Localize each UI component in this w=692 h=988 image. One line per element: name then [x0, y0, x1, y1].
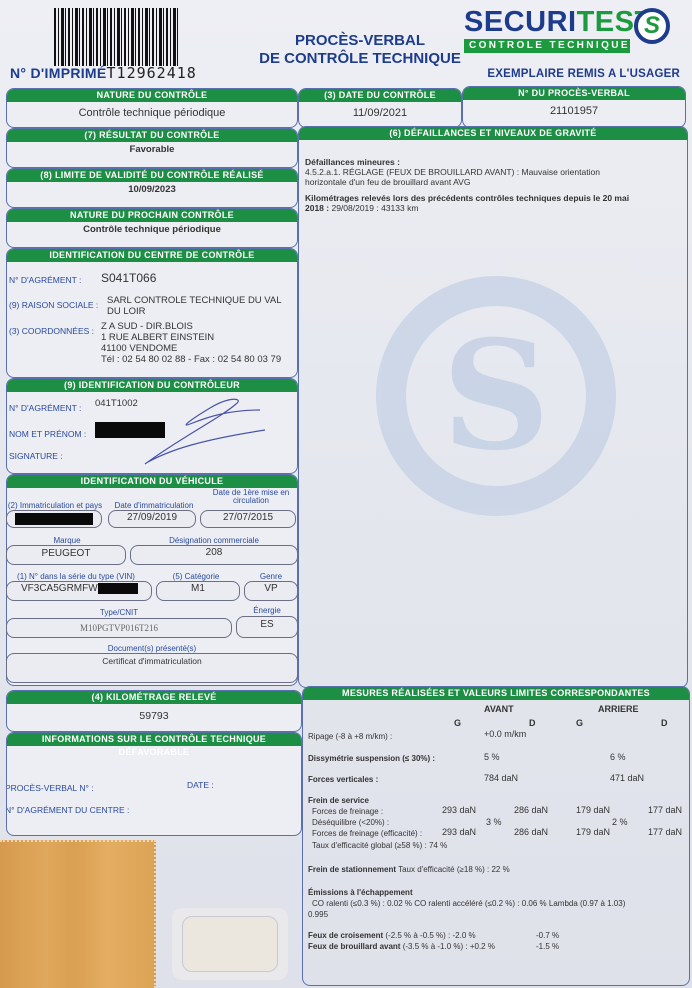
- forces-freinage-arg: 179 daN: [576, 805, 610, 815]
- defavorable-date-label: DATE :: [187, 780, 214, 790]
- mineures-line-2: horizontale d'un feu de brouillard avant…: [305, 177, 629, 187]
- emissions-title: Émissions à l'échappement: [308, 888, 413, 897]
- dissym-avant: 5 %: [484, 752, 500, 762]
- km-value: 29/08/2019 : 43133 km: [329, 203, 418, 213]
- date-controle-header: (3) DATE DU CONTRÔLE: [299, 89, 461, 102]
- barcode: [54, 8, 180, 66]
- forces-eff-avd: 286 daN: [514, 827, 548, 837]
- vin-value: VF3CA5GRMFW: [21, 583, 98, 594]
- num-pv-header: N° DU PROCÈS-VERBAL: [463, 87, 685, 100]
- brouillard-range: (-3.5 % à -1.0 %) : +0.2 %: [400, 942, 494, 951]
- centre-agrement-value: S041T066: [101, 271, 156, 285]
- emissions-line-1: CO ralenti (≤0.3 %) : 0.02 % CO ralenti …: [312, 899, 625, 908]
- forces-freinage-avg: 293 daN: [442, 805, 476, 815]
- mineures-title: Défaillances mineures :: [305, 157, 629, 167]
- categorie-value: M1: [156, 581, 240, 601]
- avant-d: D: [529, 718, 536, 728]
- forces-efficacite-label: Forces de freinage (efficacité) :: [312, 829, 422, 838]
- desequilibre-arriere: 2 %: [612, 817, 628, 827]
- date-controle-box: (3) DATE DU CONTRÔLE 11/09/2021: [298, 88, 462, 128]
- forces-eff-arg: 179 daN: [576, 827, 610, 837]
- coord-value: Z A SUD - DIR.BLOIS 1 RUE ALBERT EINSTEI…: [101, 321, 281, 365]
- frein-stationnement: Frein de stationnement Taux d'efficacité…: [308, 865, 510, 874]
- vehicule-header: IDENTIFICATION DU VÉHICULE: [7, 475, 297, 488]
- centre-agrement-label: N° D'AGRÉMENT :: [9, 275, 81, 285]
- wood-table-background: [0, 840, 156, 988]
- forces-verticales-avant: 784 daN: [484, 773, 518, 783]
- croisement-d: -0.7 %: [536, 931, 559, 940]
- genre-label: Genre: [244, 572, 298, 581]
- forces-eff-avg: 293 daN: [442, 827, 476, 837]
- card-window: [172, 908, 288, 980]
- num-pv-value: 21101957: [463, 105, 685, 117]
- arriere-d: D: [661, 718, 668, 728]
- prochain-header: NATURE DU PROCHAIN CONTRÔLE: [7, 209, 297, 222]
- prochain-controle-box: NATURE DU PROCHAIN CONTRÔLE Contrôle tec…: [6, 208, 298, 248]
- km-title: Kilométrages relevés lors des précédents…: [305, 193, 629, 203]
- resultat-box: (7) RÉSULTAT DU CONTRÔLE Favorable: [6, 128, 298, 168]
- raison-value: SARL CONTROLE TECHNIQUE DU VAL DU LOIR: [107, 295, 282, 317]
- ripage-label: Ripage (-8 à +8 m/km) :: [308, 732, 392, 741]
- num-pv-box: N° DU PROCÈS-VERBAL 21101957: [462, 86, 686, 128]
- documents-label: Document(s) présenté(s): [6, 644, 298, 653]
- validite-box: (8) LIMITE DE VALIDITÉ DU CONTRÔLE RÉALI…: [6, 168, 298, 208]
- immat-field: [6, 510, 102, 528]
- forces-freinage-ard: 177 daN: [648, 805, 682, 815]
- stationnement-title: Frein de stationnement: [308, 865, 396, 874]
- stationnement-value: Taux d'efficacité (≥18 %) : 22 %: [396, 865, 510, 874]
- imprime-number: N° D'IMPRIMÉT12962418: [10, 64, 197, 82]
- dissym-arriere: 6 %: [610, 752, 626, 762]
- defaillances-header: (6) DÉFAILLANCES ET NIVEAUX DE GRAVITÉ: [299, 127, 687, 140]
- nom-label: NOM ET PRÉNOM :: [9, 429, 86, 439]
- cnit-value: M10PGTVP016T216: [6, 618, 232, 638]
- defavorable-pv-label: PROCÈS-VERBAL N° :: [6, 783, 94, 793]
- brouillard-d: -1.5 %: [536, 942, 559, 951]
- energie-value: ES: [236, 616, 298, 638]
- defavorable-agrement-label: N° D'AGRÉMENT DU CENTRE :: [6, 805, 129, 815]
- kilometrage-header: (4) KILOMÉTRAGE RELEVÉ: [7, 691, 301, 704]
- coord-line-4: Tél : 02 54 80 02 88 - Fax : 02 54 80 03…: [101, 354, 281, 365]
- defaillances-box: (6) DÉFAILLANCES ET NIVEAUX DE GRAVITÉ D…: [298, 126, 688, 688]
- designation-value: 208: [130, 545, 298, 565]
- validite-header: (8) LIMITE DE VALIDITÉ DU CONTRÔLE RÉALI…: [7, 169, 297, 182]
- controleur-header: (9) IDENTIFICATION DU CONTRÔLEUR: [7, 379, 297, 392]
- dissym-label: Dissymétrie suspension (≤ 30%) :: [308, 754, 435, 763]
- date-controle-value: 11/09/2021: [299, 107, 461, 119]
- nature-controle-value: Contrôle technique périodique: [7, 107, 297, 119]
- mesures-header: MESURES RÉALISÉES ET VALEURS LIMITES COR…: [303, 687, 689, 700]
- date-mec-label: Date de 1ère mise en circulation: [206, 489, 296, 505]
- securitest-logo: SECURITEST CONTROLE TECHNIQUE S: [464, 6, 688, 58]
- nature-controle-header: NATURE DU CONTRÔLE: [7, 89, 297, 102]
- forces-verticales-label: Forces verticales :: [308, 775, 378, 784]
- vin-redacted: [98, 583, 138, 594]
- date-immat-value: 27/09/2019: [108, 510, 196, 528]
- raison-label: (9) RAISON SOCIALE :: [9, 300, 98, 310]
- desequilibre-label: Déséquilibre (<20%) :: [312, 818, 389, 827]
- brouillard-label: Feux de brouillard avant: [308, 942, 400, 951]
- validite-value: 10/09/2023: [7, 184, 297, 195]
- coord-line-1: Z A SUD - DIR.BLOIS: [101, 321, 281, 332]
- taux-global: Taux d'efficacité global (≥58 %) : 74 %: [312, 841, 447, 850]
- exemplaire-label: EXEMPLAIRE REMIS A L'USAGER: [487, 68, 680, 80]
- avant-g: G: [454, 718, 461, 728]
- kilometrage-value: 59793: [7, 710, 301, 722]
- emissions-line-2: 0.995: [308, 910, 328, 919]
- km-year: 2018 :: [305, 203, 329, 213]
- coord-line-3: 41100 VENDOME: [101, 343, 281, 354]
- centre-box: IDENTIFICATION DU CENTRE DE CONTRÔLE N° …: [6, 248, 298, 378]
- resultat-header: (7) RÉSULTAT DU CONTRÔLE: [7, 129, 297, 142]
- coord-line-2: 1 RUE ALBERT EINSTEIN: [101, 332, 281, 343]
- title-line-1: PROCÈS-VERBAL: [250, 32, 470, 50]
- defaillances-content: Défaillances mineures : 4.5.2.a.1. RÉGLA…: [305, 157, 629, 213]
- imprime-label: N° D'IMPRIMÉ: [10, 65, 107, 81]
- ripage-value: +0.0 m/km: [484, 729, 526, 739]
- raison-line-1: SARL CONTROLE TECHNIQUE DU VAL: [107, 295, 282, 306]
- documents-value: Certificat d'immatriculation: [6, 653, 298, 683]
- arriere-g: G: [576, 718, 583, 728]
- brand-name: SECURITEST: [464, 6, 653, 38]
- feux-brouillard: Feux de brouillard avant (-3.5 % à -1.0 …: [308, 942, 495, 951]
- energie-label: Énergie: [236, 606, 298, 615]
- genre-value: VP: [244, 581, 298, 601]
- controleur-agrement-label: N° D'AGRÉMENT :: [9, 403, 81, 413]
- defavorable-header: INFORMATIONS SUR LE CONTRÔLE TECHNIQUE D…: [7, 733, 301, 746]
- marque-value: PEUGEOT: [6, 545, 126, 565]
- desequilibre-avant: 3 %: [486, 817, 502, 827]
- resultat-value: Favorable: [7, 144, 297, 155]
- signature-icon: [140, 398, 270, 468]
- cnit-label: Type/CNIT: [6, 608, 232, 617]
- vin-field: VF3CA5GRMFW: [6, 581, 152, 601]
- securitest-s-icon: S: [634, 8, 670, 44]
- imprime-value: T12962418: [107, 64, 197, 82]
- kilometrage-box: (4) KILOMÉTRAGE RELEVÉ 59793: [6, 690, 302, 732]
- immat-label: (2) Immatriculation et pays: [6, 501, 104, 510]
- document-title: PROCÈS-VERBAL DE CONTRÔLE TECHNIQUE: [250, 32, 470, 68]
- forces-eff-ard: 177 daN: [648, 827, 682, 837]
- forces-freinage-label: Forces de freinage :: [312, 807, 383, 816]
- arriere-header: ARRIERE: [598, 704, 639, 714]
- coord-label: (3) COORDONNÉES :: [9, 326, 94, 336]
- vin-label: (1) N° dans la série du type (VIN): [6, 572, 146, 581]
- controleur-agrement-value: 041T1002: [95, 398, 138, 409]
- raison-line-2: DU LOIR: [107, 306, 282, 317]
- brand-blue: SECURI: [464, 6, 577, 38]
- signature-label: SIGNATURE :: [9, 451, 63, 461]
- croisement-label: Feux de croisement: [308, 931, 383, 940]
- centre-header: IDENTIFICATION DU CENTRE DE CONTRÔLE: [7, 249, 297, 262]
- defavorable-box: INFORMATIONS SUR LE CONTRÔLE TECHNIQUE D…: [6, 732, 302, 836]
- nature-controle-box: NATURE DU CONTRÔLE Contrôle technique pé…: [6, 88, 298, 128]
- feux-croisement: Feux de croisement (-2.5 % à -0.5 %) : -…: [308, 931, 476, 940]
- croisement-range: (-2.5 % à -0.5 %) : -2.0 %: [383, 931, 475, 940]
- mineures-line-1: 4.5.2.a.1. RÉGLAGE (FEUX DE BROUILLARD A…: [305, 167, 629, 177]
- immat-redacted: [15, 513, 93, 525]
- date-immat-label: Date d'immatriculation: [106, 501, 202, 510]
- title-line-2: DE CONTRÔLE TECHNIQUE: [250, 50, 470, 68]
- marque-label: Marque: [8, 536, 126, 545]
- prochain-value: Contrôle technique périodique: [7, 224, 297, 235]
- forces-verticales-arriere: 471 daN: [610, 773, 644, 783]
- avant-header: AVANT: [484, 704, 514, 714]
- designation-label: Désignation commerciale: [130, 536, 298, 545]
- forces-freinage-avd: 286 daN: [514, 805, 548, 815]
- date-mec-value: 27/07/2015: [200, 510, 296, 528]
- brand-subtitle: CONTROLE TECHNIQUE: [464, 39, 630, 53]
- frein-service-title: Frein de service: [308, 796, 369, 805]
